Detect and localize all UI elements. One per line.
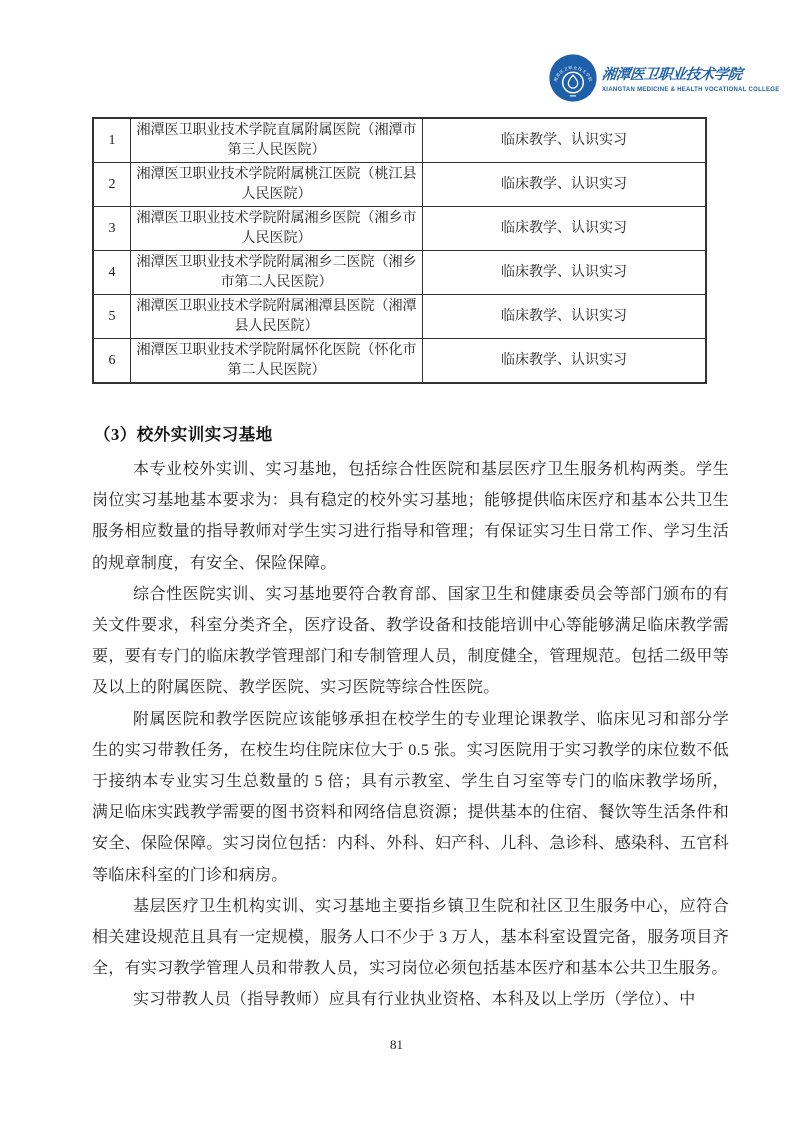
- base-function: 临床教学、认识实习: [423, 339, 707, 384]
- paragraph-5: 实习带教人员（指导教师）应具有行业执业资格、本科及以上学历（学位）、中: [92, 984, 729, 1015]
- base-name: 湘潭医卫职业技术学院附属湘乡医院（湘乡市人民医院）: [131, 207, 423, 251]
- college-name-en: XIANGTAN MEDICINE & HEALTH VOCATIONAL CO…: [602, 87, 780, 93]
- college-name-zh: 湘潭医卫职业技术学院: [601, 63, 781, 84]
- page-footer: 81: [0, 1037, 793, 1053]
- base-function: 临床教学、认识实习: [423, 295, 707, 339]
- table-row: 4 湘潭医卫职业技术学院附属湘乡二医院（湘乡市第二人民医院） 临床教学、认识实习: [93, 251, 706, 295]
- base-name: 湘潭医卫职业技术学院直属附属医院（湘潭市第三人民医院）: [131, 118, 423, 163]
- college-logo: 湘潭医卫职业技术学院 湘潭医卫职业技术学院 XIANGTAN MEDICINE …: [549, 54, 780, 102]
- college-emblem-icon: 湘潭医卫职业技术学院: [549, 54, 597, 102]
- base-function: 临床教学、认识实习: [423, 251, 707, 295]
- row-number: 1: [93, 118, 131, 163]
- base-name: 湘潭医卫职业技术学院附属怀化医院（怀化市第二人民医院）: [131, 339, 423, 384]
- section-heading: （3）校外实训实习基地: [94, 421, 729, 445]
- paragraph-4: 基层医疗卫生机构实训、实习基地主要指乡镇卫生院和社区卫生服务中心，应符合相关建设…: [92, 891, 729, 985]
- row-number: 2: [93, 163, 131, 207]
- document-content: 1 湘潭医卫职业技术学院直属附属医院（湘潭市第三人民医院） 临床教学、认识实习 …: [92, 117, 729, 1016]
- base-name: 湘潭医卫职业技术学院附属湘潭县医院（湘潭县人民医院）: [131, 295, 423, 339]
- table-row: 3 湘潭医卫职业技术学院附属湘乡医院（湘乡市人民医院） 临床教学、认识实习: [93, 207, 706, 251]
- base-function: 临床教学、认识实习: [423, 163, 707, 207]
- paragraph-1: 本专业校外实训、实习基地，包括综合性医院和基层医疗卫生服务机构两类。学生岗位实习…: [92, 454, 729, 579]
- paragraph-3: 附属医院和教学医院应该能够承担在校学生的专业理论课教学、临床见习和部分学生的实习…: [92, 704, 729, 891]
- base-name: 湘潭医卫职业技术学院附属桃江医院（桃江县人民医院）: [131, 163, 423, 207]
- table-row: 2 湘潭医卫职业技术学院附属桃江医院（桃江县人民医院） 临床教学、认识实习: [93, 163, 706, 207]
- paragraph-2: 综合性医院实训、实习基地要符合教育部、国家卫生和健康委员会等部门颁布的有关文件要…: [92, 579, 729, 704]
- practice-base-table: 1 湘潭医卫职业技术学院直属附属医院（湘潭市第三人民医院） 临床教学、认识实习 …: [92, 117, 707, 384]
- page-number: 81: [390, 1037, 403, 1052]
- base-name: 湘潭医卫职业技术学院附属湘乡二医院（湘乡市第二人民医院）: [131, 251, 423, 295]
- base-function: 临床教学、认识实习: [423, 207, 707, 251]
- college-name-block: 湘潭医卫职业技术学院 XIANGTAN MEDICINE & HEALTH VO…: [602, 63, 780, 93]
- document-page: 湘潭医卫职业技术学院 湘潭医卫职业技术学院 XIANGTAN MEDICINE …: [0, 0, 793, 1122]
- table-row: 1 湘潭医卫职业技术学院直属附属医院（湘潭市第三人民医院） 临床教学、认识实习: [93, 118, 706, 163]
- base-function: 临床教学、认识实习: [423, 118, 707, 163]
- row-number: 4: [93, 251, 131, 295]
- table-row: 5 湘潭医卫职业技术学院附属湘潭县医院（湘潭县人民医院） 临床教学、认识实习: [93, 295, 706, 339]
- row-number: 6: [93, 339, 131, 384]
- row-number: 3: [93, 207, 131, 251]
- row-number: 5: [93, 295, 131, 339]
- table-row: 6 湘潭医卫职业技术学院附属怀化医院（怀化市第二人民医院） 临床教学、认识实习: [93, 339, 706, 384]
